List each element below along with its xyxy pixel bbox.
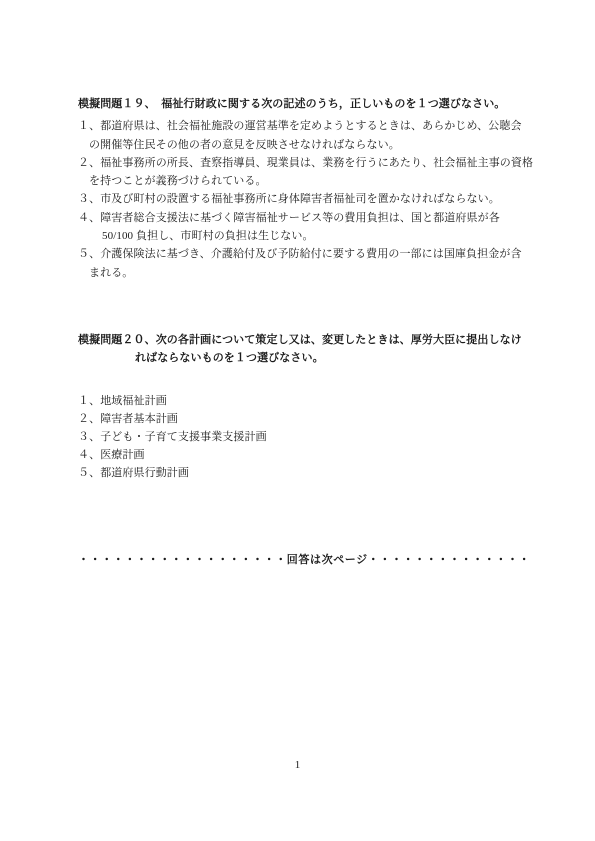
option-item: ５、都道府県行動計画 <box>78 464 523 482</box>
question-19-item-4: ４、障害者総合支援法に基づく障害福祉サービス等の費用負担は、国と都道府県が各 5… <box>78 209 523 246</box>
question-19-block: 模擬問題１９、 福祉行財政に関する次の記述のうち，正しいものを１つ選びなさい。 … <box>78 95 523 282</box>
item-line: を持つことが義務づけられている。 <box>78 172 523 190</box>
page-number: 1 <box>0 759 595 771</box>
item-line: の開催等住民その他の者の意見を反映させなければならない。 <box>78 136 523 154</box>
question-19-item-1: １、都道府県は、社会福祉施設の運営基準を定めようとするときは、あらかじめ、公聴会… <box>78 117 523 154</box>
question-19-item-5: ５、介護保険法に基づき、介護給付及び予防給付に要する費用の一部には国庫負担金が含… <box>78 245 523 282</box>
question-20-title-line-2: ればならないものを１つ選びなさい。 <box>78 349 523 367</box>
question-19-items: １、都道府県は、社会福祉施設の運営基準を定めようとするときは、あらかじめ、公聴会… <box>78 117 523 282</box>
question-20-title-line-1: 模擬問題２０、次の各計画について策定し又は、変更したときは、厚労大臣に提出しなけ <box>78 331 523 349</box>
option-item: ４、医療計画 <box>78 446 523 464</box>
question-20-options: １、地域福祉計画 ２、障害者基本計画 ３、子ども・子育て支援事業支援計画 ４、医… <box>78 392 523 482</box>
item-line: まれる。 <box>78 264 523 282</box>
item-line: ４、障害者総合支援法に基づく障害福祉サービス等の費用負担は、国と都道府県が各 <box>78 209 523 227</box>
document-page: 模擬問題１９、 福祉行財政に関する次の記述のうち，正しいものを１つ選びなさい。 … <box>0 0 595 841</box>
question-20-block: 模擬問題２０、次の各計画について策定し又は、変更したときは、厚労大臣に提出しなけ… <box>78 331 523 368</box>
item-line: １、都道府県は、社会福祉施設の運営基準を定めようとするときは、あらかじめ、公聴会 <box>78 117 523 135</box>
item-line: 50/100 負担し、市町村の負担は生じない。 <box>78 227 523 245</box>
question-19-item-3: ３、市及び町村の設置する福祉事務所に身体障害者福祉司を置かなければならない。 <box>78 190 523 208</box>
option-item: ３、子ども・子育て支援事業支援計画 <box>78 428 523 446</box>
item-line: ３、市及び町村の設置する福祉事務所に身体障害者福祉司を置かなければならない。 <box>78 190 523 208</box>
question-19-item-2: ２、福祉事務所の所長、査察指導員、現業員は、業務を行うにあたり、社会福祉主事の資… <box>78 154 523 191</box>
answer-next-page-divider: ・・・・・・・・・・・・・・・・・・回答は次ページ・・・・・・・・・・・・・・ <box>78 551 523 567</box>
option-item: １、地域福祉計画 <box>78 392 523 410</box>
item-line: ２、福祉事務所の所長、査察指導員、現業員は、業務を行うにあたり、社会福祉主事の資… <box>78 154 523 172</box>
option-item: ２、障害者基本計画 <box>78 410 523 428</box>
question-19-title: 模擬問題１９、 福祉行財政に関する次の記述のうち，正しいものを１つ選びなさい。 <box>78 95 523 113</box>
item-line: ５、介護保険法に基づき、介護給付及び予防給付に要する費用の一部には国庫負担金が含 <box>78 245 523 263</box>
